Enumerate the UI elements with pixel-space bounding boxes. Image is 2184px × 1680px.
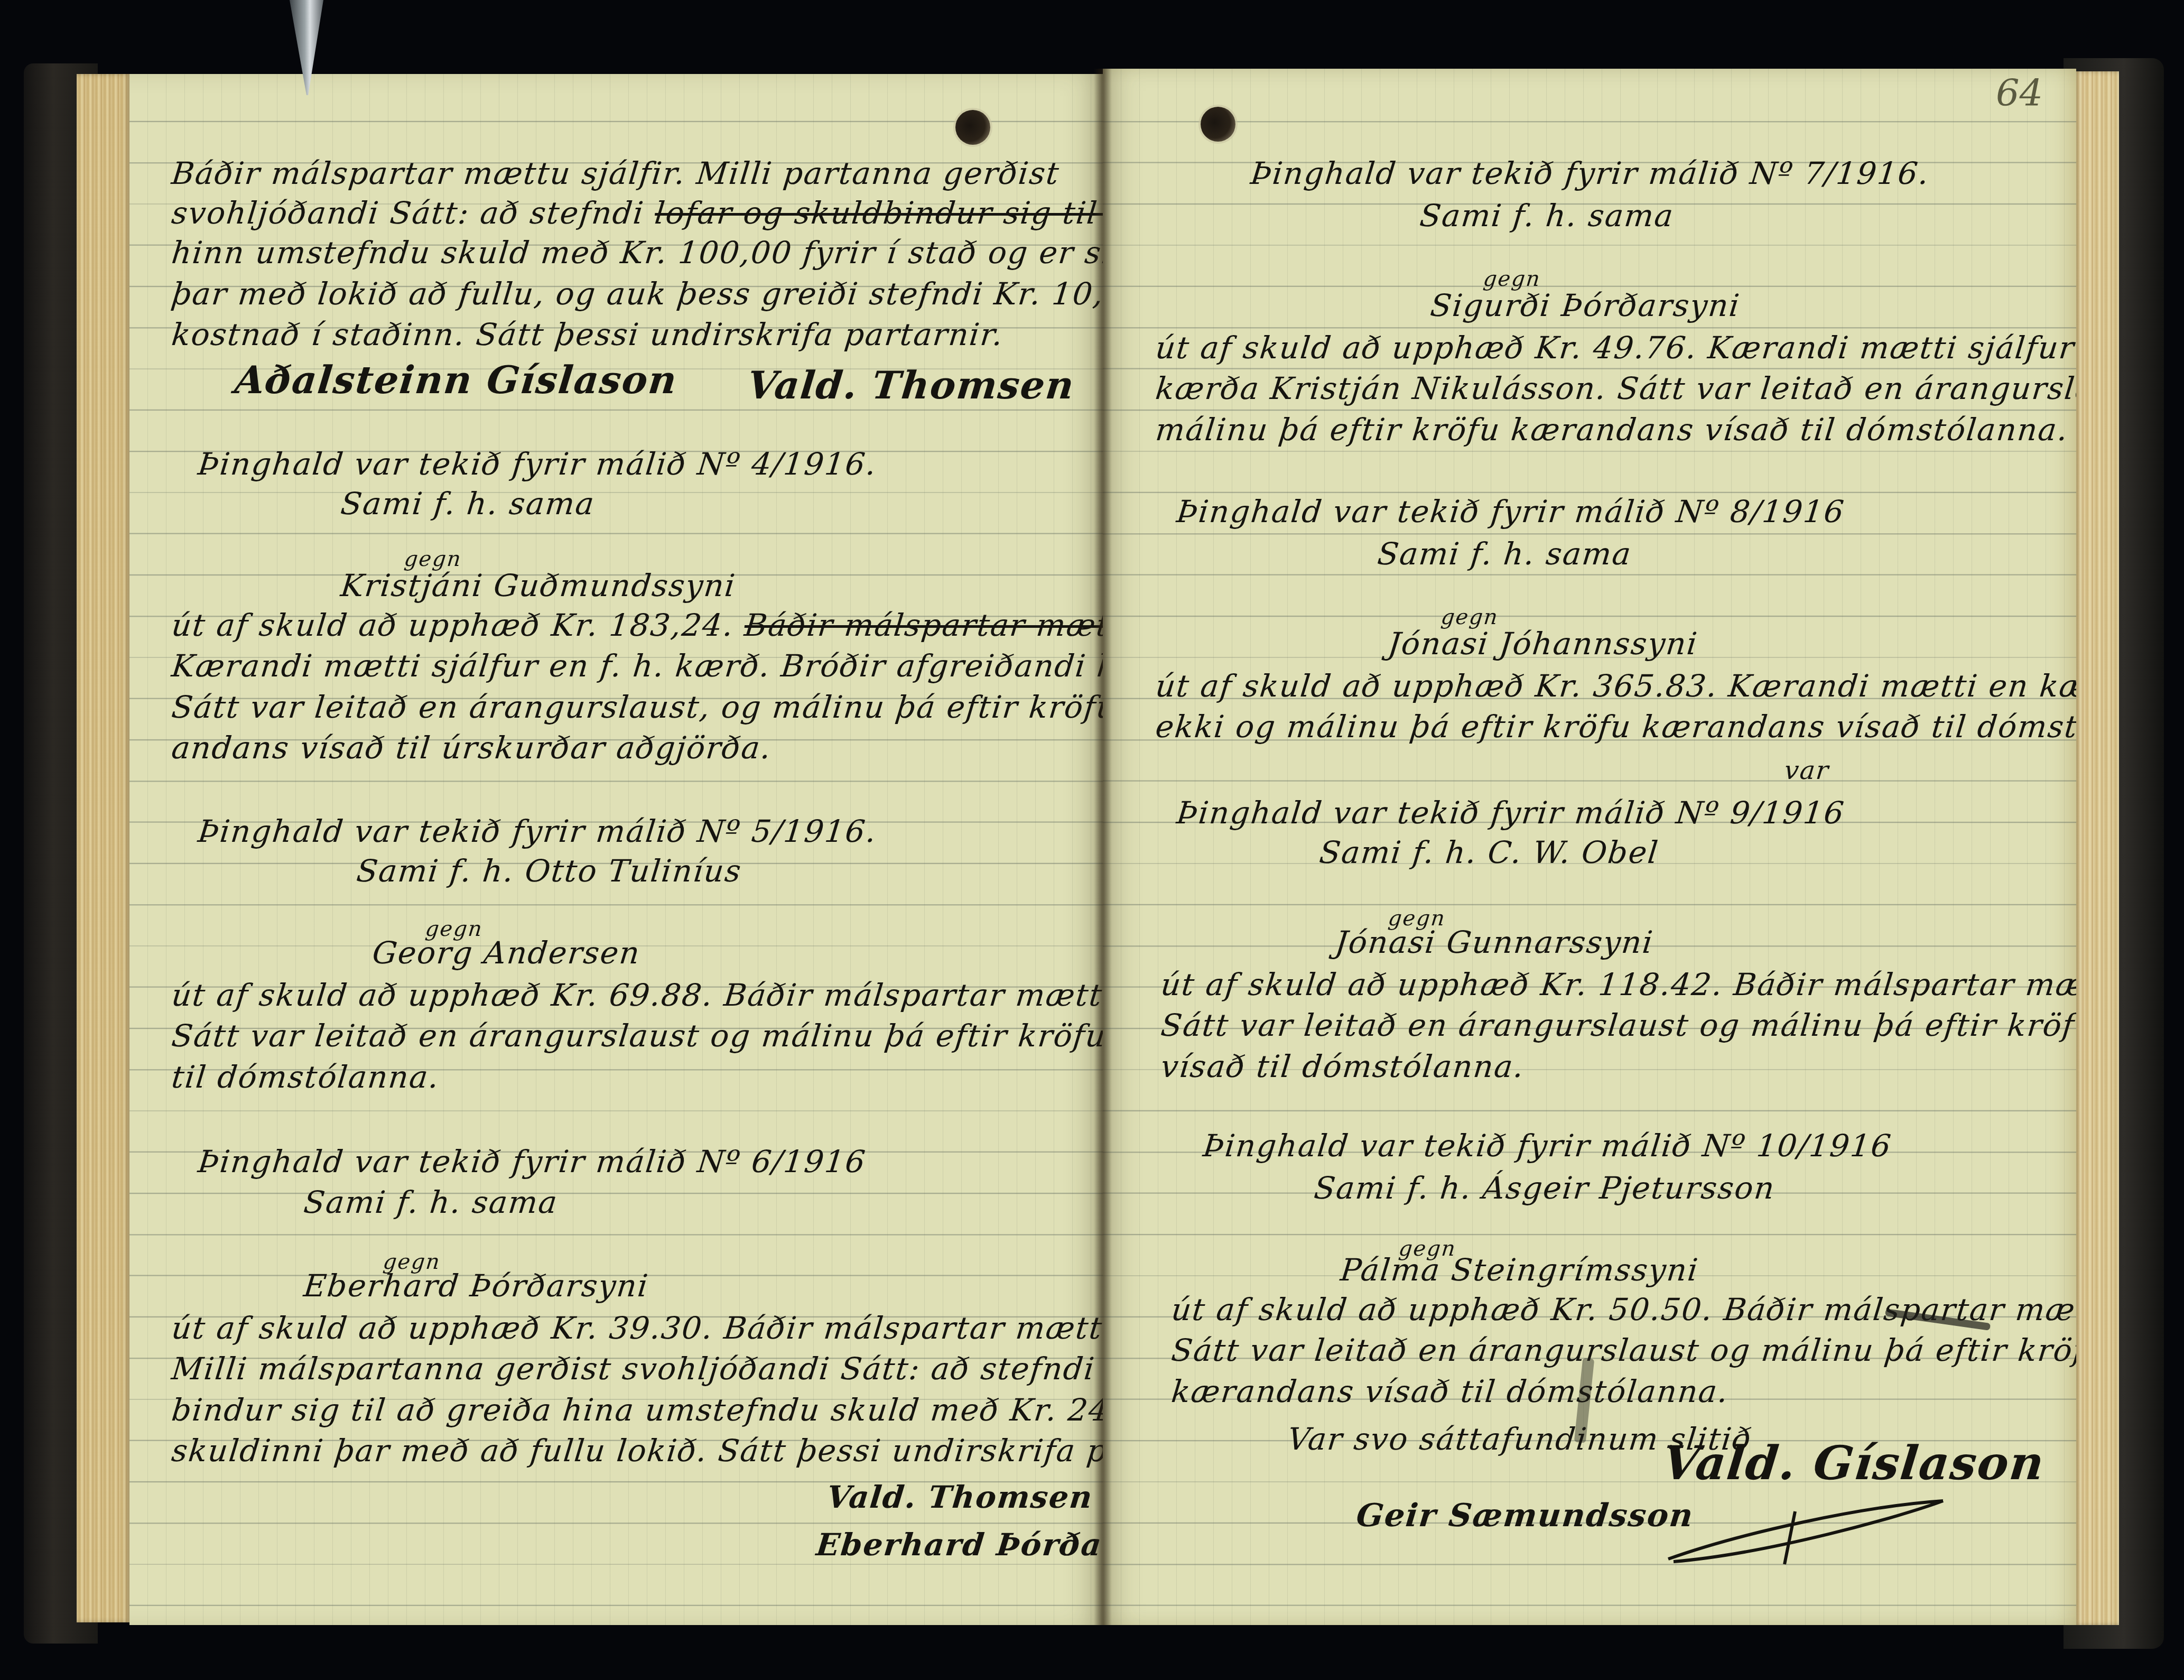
case-7-defendant: Sigurði Þórðarsyni xyxy=(1428,285,1742,326)
case-4-defendant: Kristjáni Guðmundssyni xyxy=(339,565,738,606)
case-4-body-4: andans vísað til úrskurðar aðgjörða. xyxy=(170,728,774,768)
case-9-body-1: út af skuld að upphæð Kr. 118.42. Báðir … xyxy=(1159,964,2076,1005)
case-4-body-2: Kærandi mætti sjálfur en f. h. kærð. Bró… xyxy=(170,646,1103,686)
signature-geir-saemundsson: Geir Sæmundsson xyxy=(1354,1496,1696,1536)
continuation-line-2-text: svohljóðandi Sátt: að stefndi xyxy=(170,195,646,231)
case-6-body-1: út af skuld að upphæð Kr. 39.30. Báðir m… xyxy=(170,1308,1103,1349)
case-4-heading: Þinghald var tekið fyrir málið Nº 4/1916… xyxy=(196,444,879,485)
right-page: 64 Þinghald var tekið fyrir málið Nº 7/1… xyxy=(1103,69,2076,1625)
case-6-body-3: bindur sig til að greiða hina umstefndu … xyxy=(170,1390,1103,1431)
case-10-plaintiff: Sami f. h. Ásgeir Pjetursson xyxy=(1312,1168,1777,1209)
case-5-plaintiff: Sami f. h. Otto Tuliníus xyxy=(355,851,744,892)
case-9-defendant: Jónasi Gunnarssyni xyxy=(1333,922,1656,963)
struck-text: lofar og skuldbindur sig til að xyxy=(653,195,1103,231)
punch-hole-icon xyxy=(955,110,990,145)
case-9-plaintiff: Sami f. h. C. W. Obel xyxy=(1317,832,1661,873)
signature-2: Vald. Thomsen xyxy=(746,365,1077,405)
signature-flourish-icon xyxy=(1663,1496,1959,1570)
case-4-body-1-text: út af skuld að upphæð Kr. 183,24. xyxy=(170,607,736,643)
case-6-signature-1: Vald. Thomsen xyxy=(825,1477,1095,1518)
case-9-body-2: Sátt var leitað en árangurslaust og máli… xyxy=(1159,1005,2076,1046)
case-7-plaintiff: Sami f. h. sama xyxy=(1418,196,1676,236)
case-5-body-2: Sátt var leitað en árangurslaust og máli… xyxy=(170,1016,1103,1056)
case-10-body-2: Sátt var leitað en árangurslaust og máli… xyxy=(1169,1330,2076,1371)
continuation-line-5: kostnað í staðinn. Sátt þessi undirskrif… xyxy=(170,314,1006,355)
case-6-body-4: skuldinni þar með að fullu lokið. Sátt þ… xyxy=(170,1431,1103,1471)
case-8-defendant: Jónasi Jóhannssyni xyxy=(1386,624,1700,664)
case-6-heading: Þinghald var tekið fyrir málið Nº 6/1916 xyxy=(196,1141,868,1182)
case-8-heading: Þinghald var tekið fyrir málið Nº 8/1916 xyxy=(1175,491,1847,532)
continuation-line-4: þar með lokið að fullu, og auk þess grei… xyxy=(170,274,1103,314)
case-6-plaintiff: Sami f. h. sama xyxy=(302,1182,560,1223)
page-edges-left xyxy=(77,74,131,1622)
signature-1: Aðalsteinn Gíslason xyxy=(233,359,680,400)
case-10-heading: Þinghald var tekið fyrir málið Nº 10/191… xyxy=(1201,1126,1894,1166)
case-7-body-1: út af skuld að upphæð Kr. 49.76. Kærandi… xyxy=(1154,328,2076,368)
case-6-defendant: Eberhard Þórðarsyni xyxy=(302,1266,650,1306)
case-7-body-2: kærða Kristján Nikulásson. Sátt var leit… xyxy=(1154,368,2076,409)
continuation-line-2: svohljóðandi Sátt: að stefndi lofar og s… xyxy=(170,193,1103,234)
case-5-heading: Þinghald var tekið fyrir málið Nº 5/1916… xyxy=(196,811,879,852)
case-8-insertion: var xyxy=(1782,750,1832,791)
case-7-heading: Þinghald var tekið fyrir málið Nº 7/1916… xyxy=(1249,153,1931,194)
case-6-body-2: Milli málspartanna gerðist svohljóðandi … xyxy=(170,1349,1103,1389)
case-7-body-3: málinu þá eftir kröfu kærandans vísað ti… xyxy=(1154,410,2070,450)
punch-hole-icon xyxy=(1201,107,1235,142)
case-8-body-2: ekki og málinu þá eftir kröfu kærandans … xyxy=(1154,707,2076,747)
case-5-body-1: út af skuld að upphæð Kr. 69.88. Báðir m… xyxy=(170,975,1103,1016)
case-9-body-3: vísað til dómstólanna. xyxy=(1159,1046,1527,1087)
case-5-defendant: Georg Andersen xyxy=(370,933,643,973)
signature-vald-gislason: Vald. Gíslason xyxy=(1661,1443,2047,1483)
page-edges-right xyxy=(2074,71,2119,1625)
case-5-body-3: til dómstólanna. xyxy=(170,1057,442,1098)
case-4-plaintiff: Sami f. h. sama xyxy=(339,484,597,524)
case-4-body-3: Sátt var leitað en árangurslaust, og mál… xyxy=(170,687,1103,728)
case-4-struck-text: Báðir málspartar mættu sjálfir xyxy=(743,607,1103,643)
case-6-signature-2: Eberhard Þórðarson xyxy=(814,1525,1103,1565)
case-10-defendant: Pálma Steingrímssyni xyxy=(1339,1250,1701,1291)
book-gutter xyxy=(1094,69,1112,1625)
left-page: Báðir málspartar mættu sjálfir. Milli pa… xyxy=(129,74,1103,1625)
page-number: 64 xyxy=(1996,71,2043,115)
continuation-line-1: Báðir málspartar mættu sjálfir. Milli pa… xyxy=(170,153,1062,194)
continuation-line-3: hinn umstefndu skuld með Kr. 100,00 fyri… xyxy=(170,233,1103,273)
case-8-body-1: út af skuld að upphæð Kr. 365.83. Kærand… xyxy=(1154,666,2076,707)
case-9-heading: Þinghald var tekið fyrir málið Nº 9/1916 xyxy=(1175,793,1847,833)
case-10-body-3: kærandans vísað til dómstólanna. xyxy=(1169,1371,1731,1412)
case-10-body-1: út af skuld að upphæð Kr. 50.50. Báðir m… xyxy=(1169,1289,2076,1330)
case-4-body-1: út af skuld að upphæð Kr. 183,24. Báðir … xyxy=(170,605,1103,646)
case-8-plaintiff: Sami f. h. sama xyxy=(1376,534,1634,574)
